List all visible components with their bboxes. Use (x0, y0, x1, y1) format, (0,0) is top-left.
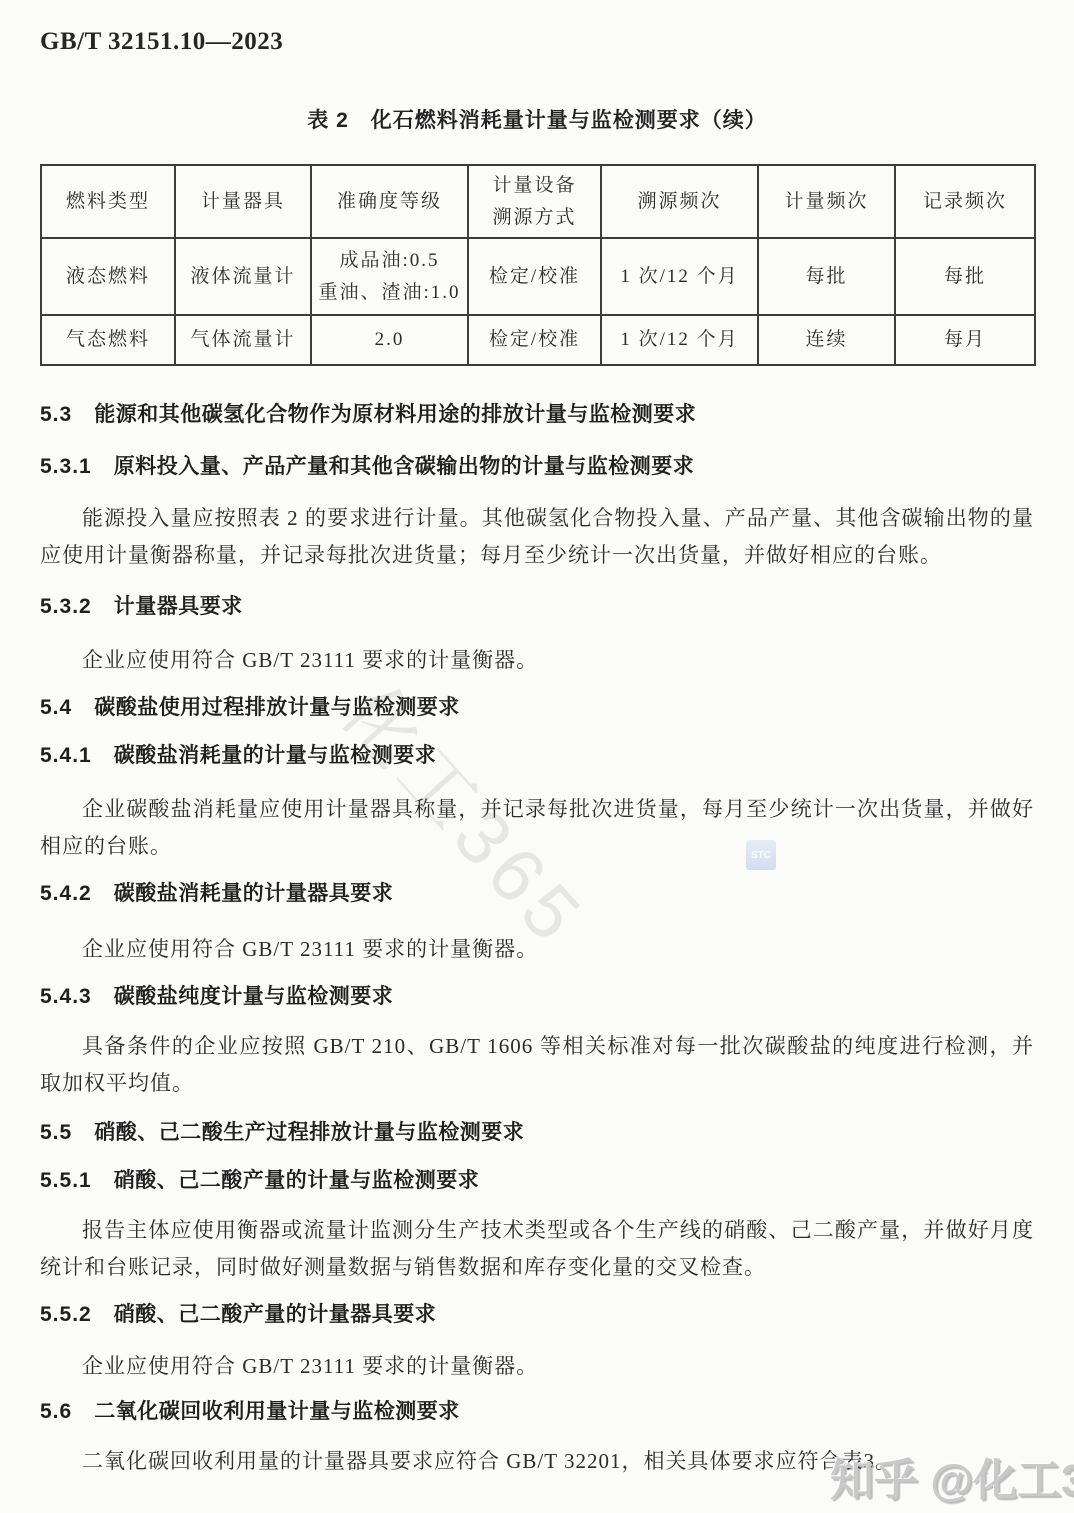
section-heading-5-4: 5.4碳酸盐使用过程排放计量与监检测要求 (40, 695, 1034, 721)
document-page: GB/T 32151.10—2023 表 2 化石燃料消耗量计量与监检测要求（续… (0, 0, 1074, 1513)
paragraph: 企业应使用符合 GB/T 23111 要求的计量衡器。 (40, 1348, 1034, 1385)
section-title: 硝酸、己二酸产量的计量器具要求 (114, 1303, 437, 1326)
table-header-row: 燃料类型 计量器具 准确度等级 计量设备 溯源方式 溯源频次 计量频次 记录频次 (41, 165, 1035, 238)
table-cell: 液态燃料 (41, 238, 175, 315)
table-header-cell: 计量频次 (758, 165, 895, 238)
section-number: 5.4 (40, 696, 72, 719)
table-caption: 表 2 化石燃料消耗量计量与监检测要求（续） (40, 104, 1034, 134)
table-cell: 每批 (895, 238, 1035, 315)
paragraph: 报告主体应使用衡器或流量计监测分生产技术类型或各个生产线的硝酸、己二酸产量，并做… (40, 1212, 1034, 1286)
paragraph: 企业碳酸盐消耗量应使用计量器具称量，并记录每批次进货量，每月至少统计一次出货量，… (40, 791, 1034, 865)
table-cell: 气态燃料 (41, 315, 175, 365)
table-cell: 1 次/12 个月 (601, 315, 758, 365)
table-header-cell: 燃料类型 (41, 165, 175, 238)
section-heading-5-4-3: 5.4.3碳酸盐纯度计量与监检测要求 (40, 984, 1034, 1010)
section-title: 碳酸盐消耗量的计量器具要求 (114, 882, 394, 905)
table-header-cell: 计量设备 溯源方式 (468, 165, 601, 238)
section-number: 5.5.2 (40, 1303, 92, 1326)
table-row: 气态燃料 气体流量计 2.0 检定/校准 1 次/12 个月 连续 每月 (41, 315, 1035, 365)
paragraph: 二氧化碳回收利用量的计量器具要求应符合 GB/T 32201，相关具体要求应符合… (40, 1443, 1034, 1480)
paragraph: 具备条件的企业应按照 GB/T 210、GB/T 1606 等相关标准对每一批次… (40, 1028, 1034, 1102)
section-title: 原料投入量、产品产量和其他含碳输出物的计量与监检测要求 (114, 455, 695, 478)
section-number: 5.4.2 (40, 882, 92, 905)
section-number: 5.4.3 (40, 985, 92, 1008)
table-cell: 检定/校准 (468, 238, 601, 315)
paragraph: 能源投入量应按照表 2 的要求进行计量。其他碳氢化合物投入量、产品产量、其他含碳… (40, 500, 1034, 574)
section-title: 计量器具要求 (114, 595, 243, 618)
table-cell: 2.0 (311, 315, 468, 365)
table-cell: 检定/校准 (468, 315, 601, 365)
table-cell: 气体流量计 (175, 315, 311, 365)
section-number: 5.5.1 (40, 1169, 92, 1192)
section-title: 硝酸、己二酸生产过程排放计量与监检测要求 (94, 1121, 524, 1144)
section-heading-5-3-2: 5.3.2计量器具要求 (40, 594, 1034, 620)
table-row: 液态燃料 液体流量计 成品油:0.5 重油、渣油:1.0 检定/校准 1 次/1… (41, 238, 1035, 315)
table-cell: 1 次/12 个月 (601, 238, 758, 315)
section-title: 二氧化碳回收利用量计量与监检测要求 (94, 1400, 460, 1423)
section-heading-5-6: 5.6二氧化碳回收利用量计量与监检测要求 (40, 1399, 1034, 1425)
fuel-measurement-table: 燃料类型 计量器具 准确度等级 计量设备 溯源方式 溯源频次 计量频次 记录频次… (40, 164, 1036, 366)
table-cell: 每批 (758, 238, 895, 315)
section-number: 5.3.2 (40, 595, 92, 618)
table-header-cell: 准确度等级 (311, 165, 468, 238)
table-header-cell: 计量器具 (175, 165, 311, 238)
section-heading-5-3: 5.3能源和其他碳氢化合物作为原材料用途的排放计量与监检测要求 (40, 402, 1034, 428)
section-number: 5.3.1 (40, 455, 92, 478)
paragraph: 企业应使用符合 GB/T 23111 要求的计量衡器。 (40, 931, 1034, 968)
table-cell: 液体流量计 (175, 238, 311, 315)
section-number: 5.5 (40, 1121, 72, 1144)
section-number: 5.4.1 (40, 744, 92, 767)
section-title: 碳酸盐纯度计量与监检测要求 (114, 985, 394, 1008)
section-heading-5-3-1: 5.3.1原料投入量、产品产量和其他含碳输出物的计量与监检测要求 (40, 454, 1034, 480)
section-heading-5-5-2: 5.5.2硝酸、己二酸产量的计量器具要求 (40, 1302, 1034, 1328)
section-title: 硝酸、己二酸产量的计量与监检测要求 (114, 1169, 480, 1192)
table-header-cell: 溯源频次 (601, 165, 758, 238)
table-cell: 每月 (895, 315, 1035, 365)
section-number: 5.6 (40, 1400, 72, 1423)
section-heading-5-5: 5.5硝酸、己二酸生产过程排放计量与监检测要求 (40, 1120, 1034, 1146)
section-heading-5-5-1: 5.5.1硝酸、己二酸产量的计量与监检测要求 (40, 1168, 1034, 1194)
paragraph: 企业应使用符合 GB/T 23111 要求的计量衡器。 (40, 642, 1034, 679)
standard-number: GB/T 32151.10—2023 (40, 28, 1034, 56)
section-heading-5-4-2: 5.4.2碳酸盐消耗量的计量器具要求 (40, 881, 1034, 907)
section-heading-5-4-1: 5.4.1碳酸盐消耗量的计量与监检测要求 (40, 743, 1034, 769)
section-number: 5.3 (40, 403, 72, 426)
section-title: 碳酸盐消耗量的计量与监检测要求 (114, 744, 437, 767)
table-header-cell: 记录频次 (895, 165, 1035, 238)
table-cell: 成品油:0.5 重油、渣油:1.0 (311, 238, 468, 315)
section-title: 能源和其他碳氢化合物作为原材料用途的排放计量与监检测要求 (94, 403, 696, 426)
section-title: 碳酸盐使用过程排放计量与监检测要求 (94, 696, 460, 719)
table-cell: 连续 (758, 315, 895, 365)
